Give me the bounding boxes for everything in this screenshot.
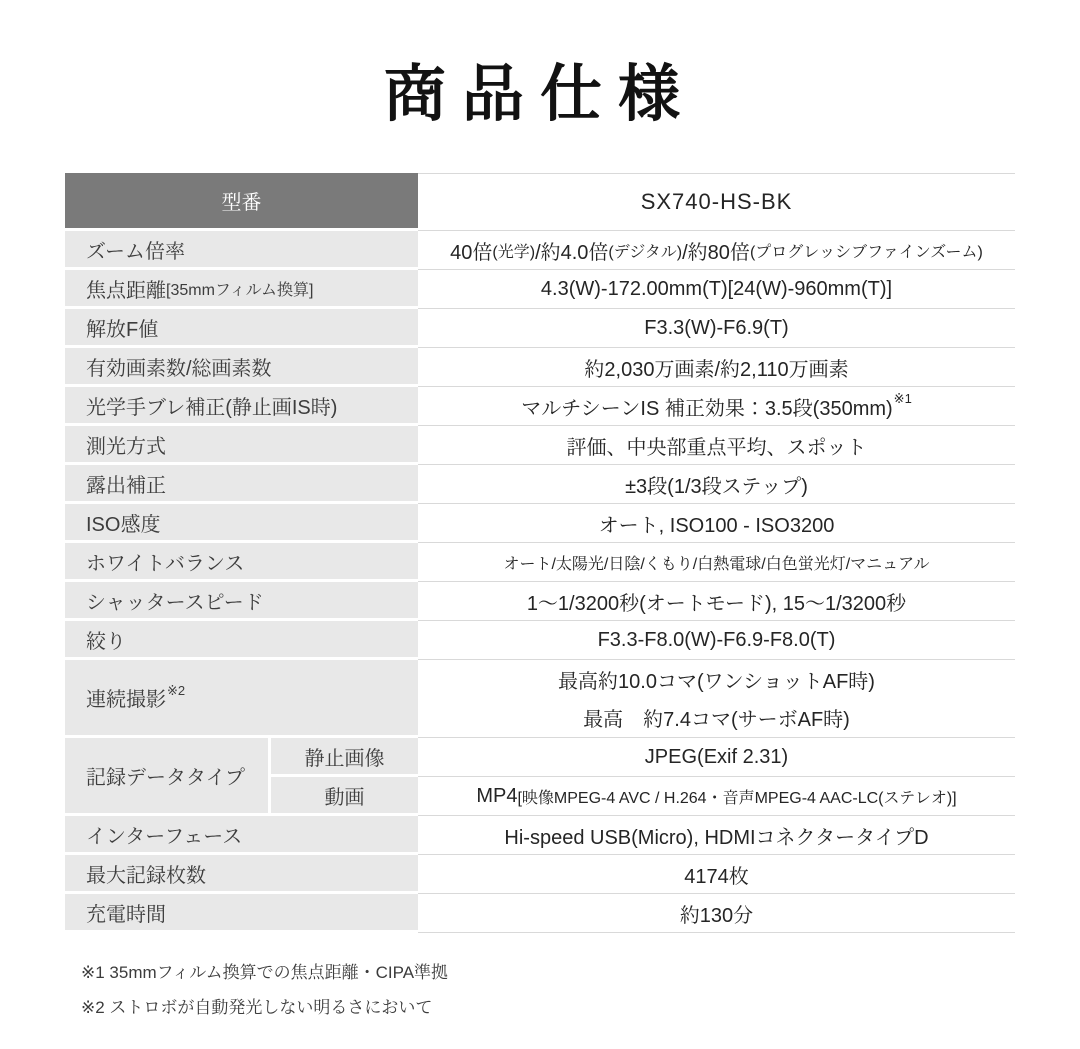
spec-value-footnote-ref: ※1 xyxy=(894,391,912,407)
spec-value: JPEG(Exif 2.31) xyxy=(418,738,1015,777)
spec-value: F3.3-F8.0(W)-F6.9-F8.0(T) xyxy=(418,621,1015,660)
spec-label-text: ホワイトバランス xyxy=(86,547,244,576)
spec-value-text: Hi-speed USB(Micro), HDMIコネクタータイプD xyxy=(504,821,928,850)
spec-row: 最大記録枚数4174枚 xyxy=(65,855,1015,894)
spec-value: 1～1/3200秒(オートモード), 15～1/3200秒 xyxy=(418,582,1015,621)
spec-value-text: /約4.0倍 xyxy=(535,236,608,265)
spec-row-group: 記録データタイプ静止画像JPEG(Exif 2.31)動画MP4[映像MPEG-… xyxy=(65,738,1015,816)
spec-row: 測光方式評価、中央部重点平均、スポット xyxy=(65,426,1015,465)
spec-value-text: F3.3(W)-F6.9(T) xyxy=(644,317,788,340)
spec-row: 光学手ブレ補正(静止画IS時)マルチシーンIS 補正効果：3.5段(350mm)… xyxy=(65,387,1015,426)
spec-value: マルチシーンIS 補正効果：3.5段(350mm)※1 xyxy=(418,387,1015,426)
footnotes: ※1 35mmフィルム換算での焦点距離・CIPA準拠※2 ストロボが自動発光しな… xyxy=(65,955,1015,1025)
spec-value-text: オート, ISO100 - ISO3200 xyxy=(599,509,835,538)
spec-value-text: (光学) xyxy=(492,239,535,262)
spec-row-model: 型番SX740-HS-BK xyxy=(65,173,1015,231)
spec-row-label: 焦点距離[35mmフィルム換算] xyxy=(65,270,418,309)
spec-label-text: 解放F値 xyxy=(86,313,158,342)
spec-subrows: 静止画像JPEG(Exif 2.31)動画MP4[映像MPEG-4 AVC / … xyxy=(268,738,1015,816)
spec-sheet-page: 商品仕様 型番SX740-HS-BKズーム倍率40倍(光学)/約4.0倍(デジタ… xyxy=(0,0,1080,1025)
spec-subrow: 動画MP4[映像MPEG-4 AVC / H.264・音声MPEG-4 AAC-… xyxy=(268,777,1015,816)
footnote: ※2 ストロボが自動発光しない明るさにおいて xyxy=(81,990,1015,1025)
spec-label-text: 有効画素数/総画素数 xyxy=(86,352,272,381)
spec-value-text: SX740-HS-BK xyxy=(641,189,793,215)
spec-value-text: 40倍 xyxy=(450,236,492,265)
spec-row: ホワイトバランスオート/太陽光/日陰/くもり/白熱電球/白色蛍光灯/マニュアル xyxy=(65,543,1015,582)
spec-row: 連続撮影※2最高約10.0コマ(ワンショットAF時)最高 約7.4コマ(サーボA… xyxy=(65,660,1015,738)
spec-row: 絞りF3.3-F8.0(W)-F6.9-F8.0(T) xyxy=(65,621,1015,660)
spec-row-label: 露出補正 xyxy=(65,465,418,504)
spec-value: オート, ISO100 - ISO3200 xyxy=(418,504,1015,543)
spec-value-line: 最高約10.0コマ(ワンショットAF時) xyxy=(558,660,875,699)
spec-subrow: 静止画像JPEG(Exif 2.31) xyxy=(268,738,1015,777)
spec-value-text: MP4 xyxy=(476,785,517,808)
spec-value: 約2,030万画素/約2,110万画素 xyxy=(418,348,1015,387)
spec-label-text: 絞り xyxy=(86,625,126,654)
spec-row-label: 有効画素数/総画素数 xyxy=(65,348,418,387)
spec-value: Hi-speed USB(Micro), HDMIコネクタータイプD xyxy=(418,816,1015,855)
spec-value-text: 約130分 xyxy=(680,899,753,928)
spec-row: 焦点距離[35mmフィルム換算]4.3(W)-172.00mm(T)[24(W)… xyxy=(65,270,1015,309)
spec-label-text: 充電時間 xyxy=(86,898,166,927)
spec-row-label: シャッタースピード xyxy=(65,582,418,621)
spec-label-text: 測光方式 xyxy=(86,430,166,459)
spec-sublabel-text: 動画 xyxy=(325,781,365,810)
spec-row: 充電時間約130分 xyxy=(65,894,1015,933)
spec-value: F3.3(W)-F6.9(T) xyxy=(418,309,1015,348)
spec-value-text: オート/太陽光/日陰/くもり/白熱電球/白色蛍光灯/マニュアル xyxy=(503,551,929,574)
spec-label-text: 記録データタイプ xyxy=(86,761,245,790)
spec-row-label: 充電時間 xyxy=(65,894,418,933)
spec-label-text: 露出補正 xyxy=(86,469,166,498)
spec-value: 評価、中央部重点平均、スポット xyxy=(418,426,1015,465)
page-title: 商品仕様 xyxy=(0,44,1080,133)
spec-value-text: JPEG(Exif 2.31) xyxy=(645,746,788,769)
spec-row-label: インターフェース xyxy=(65,816,418,855)
spec-value: 最高約10.0コマ(ワンショットAF時)最高 約7.4コマ(サーボAF時) xyxy=(418,660,1015,738)
spec-value: 4.3(W)-172.00mm(T)[24(W)-960mm(T)] xyxy=(418,270,1015,309)
spec-row-label: 連続撮影※2 xyxy=(65,660,418,738)
spec-value-text: マルチシーンIS 補正効果：3.5段(350mm) xyxy=(521,392,892,421)
spec-label-text: ISO感度 xyxy=(86,508,160,537)
spec-row-label: 光学手ブレ補正(静止画IS時) xyxy=(65,387,418,426)
spec-value-text: 最高約10.0コマ(ワンショットAF時) xyxy=(558,665,875,694)
spec-value-text: ±3段(1/3段ステップ) xyxy=(625,470,808,499)
model-number-value: SX740-HS-BK xyxy=(418,173,1015,231)
spec-value-line: 最高 約7.4コマ(サーボAF時) xyxy=(583,699,850,738)
spec-value-text: F3.3-F8.0(W)-F6.9-F8.0(T) xyxy=(598,629,836,652)
spec-sublabel-text: 静止画像 xyxy=(305,742,385,771)
spec-value-text: 1～1/3200秒(オートモード), 15～1/3200秒 xyxy=(527,587,906,616)
spec-label-text: ズーム倍率 xyxy=(86,235,185,264)
spec-label-text: インターフェース xyxy=(86,820,242,849)
spec-value-text: 約2,030万画素/約2,110万画素 xyxy=(584,353,848,382)
spec-sublabel: 動画 xyxy=(268,777,418,816)
spec-value-text: 4.3(W)-172.00mm(T)[24(W)-960mm(T)] xyxy=(541,278,892,301)
spec-value-text: /約80倍 xyxy=(682,236,750,265)
spec-value: MP4[映像MPEG-4 AVC / H.264・音声MPEG-4 AAC-LC… xyxy=(418,777,1015,816)
spec-label-text: シャッタースピード xyxy=(86,586,264,615)
spec-row-label: 絞り xyxy=(65,621,418,660)
spec-value-text: 評価、中央部重点平均、スポット xyxy=(567,431,867,460)
spec-sublabel: 静止画像 xyxy=(268,738,418,777)
spec-row-label: 記録データタイプ xyxy=(65,738,268,816)
footnote: ※1 35mmフィルム換算での焦点距離・CIPA準拠 xyxy=(81,955,1015,990)
spec-label-text: 光学手ブレ補正(静止画IS時) xyxy=(86,391,337,420)
spec-value-text: 最高 約7.4コマ(サーボAF時) xyxy=(583,703,850,732)
spec-label-text: 最大記録枚数 xyxy=(86,859,206,888)
spec-value: 約130分 xyxy=(418,894,1015,933)
spec-row-label: ホワイトバランス xyxy=(65,543,418,582)
spec-row-label: 測光方式 xyxy=(65,426,418,465)
spec-value: オート/太陽光/日陰/くもり/白熱電球/白色蛍光灯/マニュアル xyxy=(418,543,1015,582)
spec-row: ズーム倍率40倍(光学)/約4.0倍(デジタル)/約80倍(プログレッシブファイ… xyxy=(65,231,1015,270)
spec-value: 40倍(光学)/約4.0倍(デジタル)/約80倍(プログレッシブファインズーム) xyxy=(418,231,1015,270)
spec-row: シャッタースピード1～1/3200秒(オートモード), 15～1/3200秒 xyxy=(65,582,1015,621)
spec-label-text: 焦点距離 xyxy=(86,274,166,303)
spec-row-label: 型番 xyxy=(65,173,418,231)
spec-value: 4174枚 xyxy=(418,855,1015,894)
spec-row: 解放F値F3.3(W)-F6.9(T) xyxy=(65,309,1015,348)
spec-row-label: 最大記録枚数 xyxy=(65,855,418,894)
spec-value: ±3段(1/3段ステップ) xyxy=(418,465,1015,504)
spec-value-text: [映像MPEG-4 AVC / H.264・音声MPEG-4 AAC-LC(ステ… xyxy=(517,785,956,808)
spec-row: 露出補正±3段(1/3段ステップ) xyxy=(65,465,1015,504)
spec-value-text: (プログレッシブファインズーム) xyxy=(750,239,983,262)
spec-row-label: ズーム倍率 xyxy=(65,231,418,270)
spec-table: 型番SX740-HS-BKズーム倍率40倍(光学)/約4.0倍(デジタル)/約8… xyxy=(65,173,1015,933)
spec-label-text: 型番 xyxy=(222,186,262,215)
spec-value-text: (デジタル) xyxy=(608,239,682,262)
spec-row: 有効画素数/総画素数約2,030万画素/約2,110万画素 xyxy=(65,348,1015,387)
spec-row: ISO感度オート, ISO100 - ISO3200 xyxy=(65,504,1015,543)
spec-row-label: 解放F値 xyxy=(65,309,418,348)
spec-label-footnote-ref: ※2 xyxy=(167,683,185,699)
spec-row: インターフェースHi-speed USB(Micro), HDMIコネクタータイ… xyxy=(65,816,1015,855)
spec-label-text: 連続撮影 xyxy=(86,683,166,712)
spec-value-text: 4174枚 xyxy=(684,860,749,889)
spec-label-text: [35mmフィルム換算] xyxy=(166,277,313,300)
spec-row-label: ISO感度 xyxy=(65,504,418,543)
